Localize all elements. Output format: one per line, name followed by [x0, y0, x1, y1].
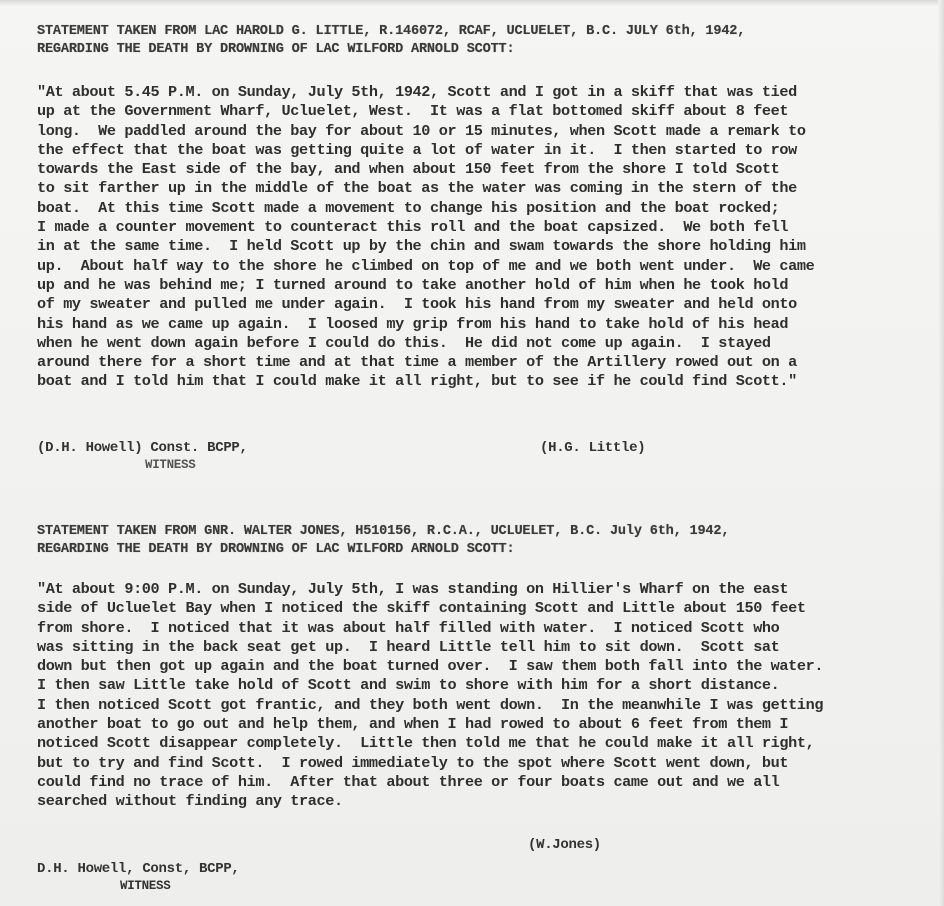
- statement-1-line: up and he was behind me; I turned around…: [37, 276, 814, 295]
- statement-2-line: "At about 9:00 P.M. on Sunday, July 5th,…: [37, 580, 823, 599]
- statement-2-line: from shore. I noticed that it was about …: [37, 619, 823, 638]
- statement-1-line: in at the same time. I held Scott up by …: [37, 237, 814, 256]
- statement-1-line: boat and I told him that I could make it…: [37, 372, 814, 391]
- statement-1-line: when he went down again before I could d…: [37, 334, 814, 353]
- statement-2-header-line-2: REGARDING THE DEATH BY DROWNING OF LAC W…: [37, 540, 514, 559]
- statement-2-witness-signature: D.H. Howell, Const, BCPP,: [37, 861, 240, 877]
- paper-right-edge: [938, 0, 944, 906]
- statement-1-line: boat. At this time Scott made a movement…: [37, 199, 814, 218]
- statement-2-line: another boat to go out and help them, an…: [37, 715, 823, 734]
- statement-1-line: "At about 5.45 P.M. on Sunday, July 5th,…: [37, 83, 814, 102]
- statement-1-line: up at the Government Wharf, Ucluelet, We…: [37, 102, 814, 121]
- statement-1-line: towards the East side of the bay, and wh…: [37, 160, 814, 179]
- statement-1-line: long. We paddled around the bay for abou…: [37, 122, 814, 141]
- statement-1-line: to sit farther up in the middle of the b…: [37, 179, 814, 198]
- statement-1-header-line-1: STATEMENT TAKEN FROM LAC HAROLD G. LITTL…: [37, 22, 745, 41]
- statement-1-line: around there for a short time and at tha…: [37, 353, 814, 372]
- statement-1-line: his hand as we came up again. I loosed m…: [37, 315, 814, 334]
- paper-top-edge: [0, 0, 944, 6]
- statement-1-line: I made a counter movement to counteract …: [37, 218, 814, 237]
- statement-1-line: up. About half way to the shore he climb…: [37, 257, 814, 276]
- statement-2-signatory: (W.Jones): [528, 837, 601, 853]
- statement-2-witness-label: WITNESS: [120, 879, 170, 893]
- statement-2-line: searched without finding any trace.: [37, 792, 823, 811]
- statement-2-line: noticed Scott disappear completely. Litt…: [37, 734, 823, 753]
- statement-2-body: "At about 9:00 P.M. on Sunday, July 5th,…: [37, 580, 823, 812]
- statement-2-line: I then noticed Scott got frantic, and th…: [37, 696, 823, 715]
- statement-2-line: I then saw Little take hold of Scott and…: [37, 676, 823, 695]
- statement-1-witness-signature: (D.H. Howell) Const. BCPP,: [37, 440, 248, 456]
- statement-2-line: side of Ucluelet Bay when I noticed the …: [37, 599, 823, 618]
- document-page: STATEMENT TAKEN FROM LAC HAROLD G. LITTL…: [0, 0, 944, 906]
- statement-2-line: could find no trace of him. After that a…: [37, 773, 823, 792]
- statement-1-line: the effect that the boat was getting qui…: [37, 141, 814, 160]
- statement-2-line: but to try and find Scott. I rowed immed…: [37, 754, 823, 773]
- statement-2-line: was sitting in the back seat get up. I h…: [37, 638, 823, 657]
- statement-1-body: "At about 5.45 P.M. on Sunday, July 5th,…: [37, 83, 814, 392]
- statement-1-signatory: (H.G. Little): [540, 440, 645, 456]
- statement-1-line: of my sweater and pulled me under again.…: [37, 295, 814, 314]
- statement-2-line: down but then got up again and the boat …: [37, 657, 823, 676]
- statement-2-header-line-1: STATEMENT TAKEN FROM GNR. WALTER JONES, …: [37, 522, 729, 541]
- statement-1-witness-label: WITNESS: [145, 458, 195, 472]
- statement-1-header-line-2: REGARDING THE DEATH BY DROWNING OF LAC W…: [37, 40, 514, 59]
